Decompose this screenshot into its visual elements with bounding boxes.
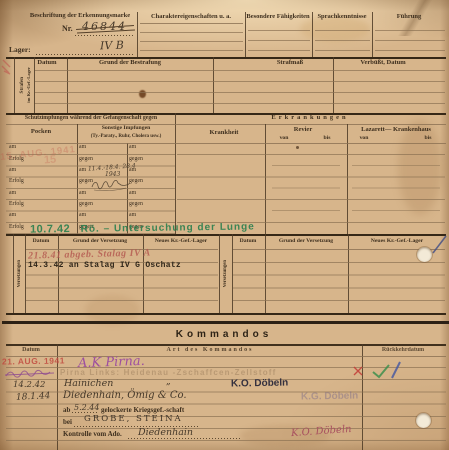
col-header: Lazarett— Krankenhaus [361,127,431,134]
col-header: (Ty.-Paraty., Ruhr, Cholera usw.) [91,134,162,139]
ditto-mark: „ [166,378,171,387]
kommando-date: 14.2.42 [13,381,45,390]
kommandos-title: Kommandos [176,330,273,340]
dotted-line [36,54,135,55]
handwritten-place: Diedenhain [138,428,193,438]
col-header: Grund der Bestrafung [99,60,161,67]
side-label-versetzungen: Versetzungen [219,238,232,310]
vline [312,12,313,57]
vacc-row: amamam [6,191,175,201]
ko-doebeln-stamp: K.O. Döbeln [231,379,288,390]
cell: Erfolg [9,225,24,231]
row-lines [375,30,445,51]
transfer-stamp-entry: 21.8.41 abgeb. Stalag IV A [28,248,151,261]
col-header: Strafmaß [277,60,303,67]
tag-label: Beschriftung der Erkennungsmarke [30,13,130,20]
col-header: Revier [294,127,312,134]
struck-stamp-scribble [4,369,56,380]
col-header: Grund der Versetzung [279,239,333,245]
col-header: Neues Kr.-Gef.-Lager [371,239,423,245]
transfer-typed-entry: 14.3.42 an Stalag IV G Oschatz [28,262,181,270]
side-label-versetzungen: Versetzungen [13,238,25,310]
cell: am [9,191,16,197]
rule-heavy [2,321,449,324]
vacc-row: Erfolggegengegen [6,202,175,212]
blue-slash-mark [389,360,403,380]
col-header: Pocken [31,129,51,136]
row-lines [35,70,445,114]
stamp-ab-label: ab [63,407,70,414]
cell: gegen [79,157,93,163]
col-header: Führung [397,14,422,21]
kommando-date: 18.1.44 [16,392,51,403]
cell: am [79,168,86,174]
hline [6,124,446,125]
stamp-text: Rö. – Untersuchung der Lunge [81,221,255,234]
faint-kommando-stamp: Pirna Links: Heidenau -Zschaffcen-Zellst… [60,369,277,377]
cell: am [79,191,86,197]
cell: am [79,145,86,151]
col-subheader: von [360,136,369,142]
cell: gegen [129,202,143,208]
row-dashes [352,165,440,212]
cell: am [9,168,16,174]
red-x-mark [352,365,364,377]
handwriting-scribble [90,178,132,191]
col-header: Sprachkenntnisse [317,14,366,21]
hole-punch [416,413,431,428]
col-header: Datum [33,239,50,245]
cell: am [129,145,136,151]
handwritten-firm: GROBE, STEINA [84,415,183,424]
col-header: Datum [22,347,40,353]
col-subheader: von [280,136,289,142]
handwritten-date: 5.2.44 [74,404,99,412]
cell: am [79,213,86,219]
dotted-line [72,412,98,413]
section-divider [6,313,446,315]
col-header: Grund der Versetzung [73,239,127,245]
faint-red-date-stamp: 15 [44,155,57,167]
date-stamp-red: 21. AUG. 1941 [2,356,65,366]
col-header: Charaktereigenschaften u. a. [151,14,231,21]
side-label-strafen: Strafen im Kr.-Gef.-Lager [15,58,34,112]
side-label-text: Versetzungen [17,260,22,288]
col-subheader: bis [425,136,432,142]
row-lines [233,262,445,302]
kommando-entry: Hainichen [64,379,113,389]
side-label-text: im Kr.-Gef.-Lager [26,67,31,103]
lager-value-handwritten: IV B [100,40,124,52]
kommando-entry: Diedenhain, Ömig & Co. [63,391,187,401]
col-subheader: bis [324,136,331,142]
row-lines [248,30,310,51]
ink-dot-stain [296,146,299,149]
col-header: Sonstige Impfungen [102,126,151,132]
stamp-bei-label: bei [63,419,72,426]
col-header: Verbüßt, Datum [360,60,405,67]
col-header: Neues Kr.-Gef.-Lager [155,239,207,245]
dotted-line [128,438,240,439]
green-check-mark [371,363,391,379]
cell: Erfolg [9,179,24,185]
vline [175,113,176,234]
hline [6,344,446,346]
col-header: Datum [37,60,56,67]
pen-slash [430,233,449,255]
row-dashes [272,165,340,212]
col-header: Krankheit [210,130,239,137]
lager-label: Lager: [9,46,31,54]
col-header: Besondere Fähigkeiten [246,14,309,21]
row-lines [315,30,370,51]
side-label-text: Versetzungen [223,260,228,288]
vline [137,12,138,57]
cell: Erfolg [9,202,24,208]
col-header: Rückkehrdatum [382,347,424,353]
section-divider [6,234,446,236]
cell: am [129,213,136,219]
col-header: Datum [240,239,257,245]
pow-record-card: Beschriftung der Erkennungsmarke Nr. 468… [0,0,449,450]
col-header: Art des Kommandos [166,347,253,353]
section-title: Schutzimpfungen während der Gefangenscha… [25,116,157,122]
cell: am [129,191,136,197]
red-edge-mark [1,58,13,76]
vline [372,12,373,57]
stamp-kontrolle-label: Kontrolle vom Ado. [63,431,122,438]
hline [6,356,446,357]
nr-label: Nr. [62,25,73,33]
hline [233,249,445,250]
dotted-line [75,35,135,36]
hline [140,23,243,24]
stamp-text: gelockerte Kriegsgef.-schaft [101,407,184,414]
section-title: Erkrankungen [271,115,348,122]
cell: gegen [79,202,93,208]
kg-doebeln-stamp-faint: K.G. Döbeln [301,392,358,403]
row-lines [140,32,243,51]
cell: am [9,213,16,219]
side-label-text: Strafen [19,77,25,93]
